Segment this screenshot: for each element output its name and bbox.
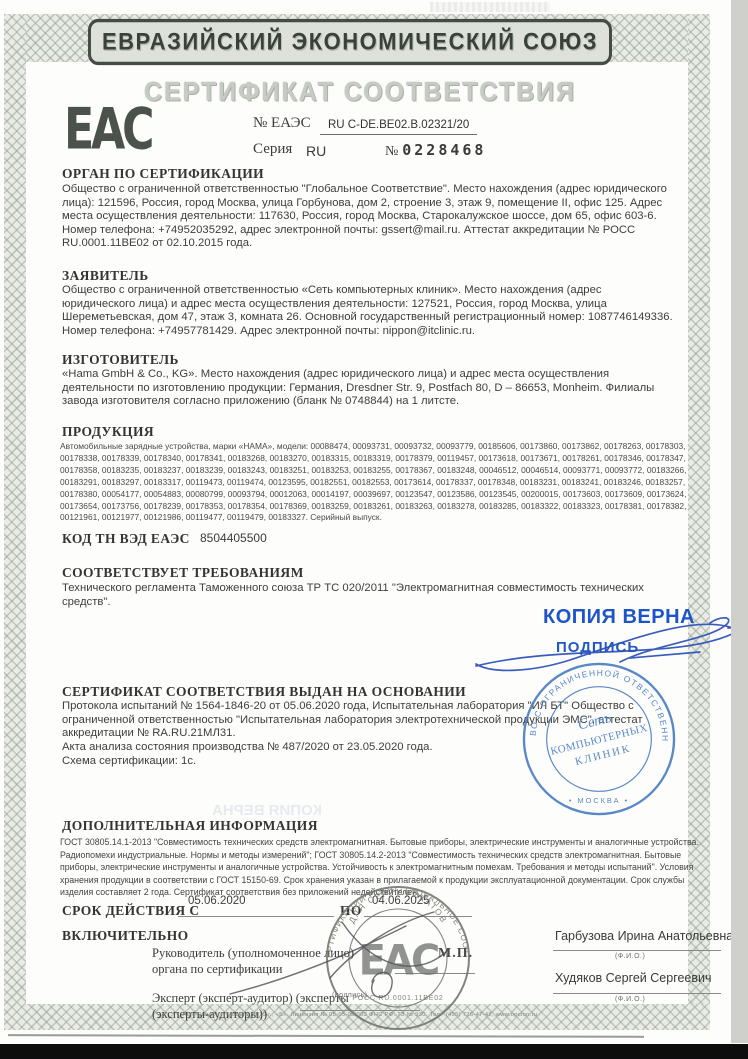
cert-number-label: № ЕАЭС — [253, 115, 311, 132]
section-manufacturer-text: «Hama GmbH & Co., KG». Место нахождения … — [62, 368, 676, 409]
head-name-line — [553, 950, 721, 951]
certifier-stamp-inner-top: ДЛЯ СЕРТИФИКАТОВ — [347, 887, 450, 925]
certificate-scan: ЕВРАЗИЙСКИЙ ЭКОНОМИЧЕСКИЙ СОЮЗ СЕРТИФИКА… — [0, 0, 748, 1059]
applicant-stamp-script: Сеть — [576, 710, 613, 734]
serial-prefix: № — [385, 144, 398, 159]
scan-artifact-line — [8, 1034, 644, 1038]
expert-name-line — [553, 993, 721, 994]
head-fio-caption: (Ф.И.О.) — [615, 953, 645, 960]
section-products-text: Автомобильные зарядные устройства, марки… — [60, 441, 704, 524]
section-compliance-heading: СООТВЕТСТВУЕТ ТРЕБОВАНИЯМ — [62, 565, 304, 581]
section-applicant-text: Общество с ограниченной ответственностью… — [62, 284, 676, 338]
section-manufacturer-heading: ИЗГОТОВИТЕЛЬ — [62, 352, 179, 368]
tnved-value: 8504405500 — [200, 531, 267, 545]
expert-fio-caption: (Ф.И.О.) — [615, 996, 645, 1003]
serial-digits: 0228468 — [402, 141, 486, 159]
section-org-text: Общество с ограниченной ответственностью… — [62, 183, 676, 251]
validity-inclusive: ВКЛЮЧИТЕЛЬНО — [62, 928, 189, 944]
series-value: RU — [306, 143, 326, 159]
expert-name: Худяков Сергей Сергеевич — [555, 971, 735, 985]
doc-title: СЕРТИФИКАТ СООТВЕТСТВИЯ — [140, 77, 580, 108]
head-name: Гарбузова Ирина Анатольевна — [555, 929, 735, 943]
union-title-banner: ЕВРАЗИЙСКИЙ ЭКОНОМИЧЕСКИЙ СОЮЗ — [88, 19, 612, 65]
frame-border-left — [4, 14, 26, 1030]
validity-from-label: СРОК ДЕЙСТВИЯ С — [62, 903, 200, 919]
serial-number: № 0228468 — [385, 141, 486, 160]
section-basis-heading: СЕРТИФИКАТ СООТВЕТСТВИЯ ВЫДАН НА ОСНОВАН… — [62, 684, 466, 700]
cert-number-value: RU C-DE.BE02.B.02321/20 — [320, 119, 477, 135]
blue-signature-scribble — [470, 600, 748, 710]
sign-caption: (подпись) — [332, 992, 368, 999]
scan-bottom-bar — [0, 1044, 748, 1059]
printer-fineprint: АО «Опцион». Москва, 2019 г., «Б». Лицен… — [170, 1012, 550, 1018]
scan-smudge — [430, 2, 550, 12]
section-applicant-heading: ЗАЯВИТЕЛЬ — [62, 268, 149, 284]
section-org-heading: ОРГАН ПО СЕРТИФИКАЦИИ — [62, 166, 264, 182]
scan-edge-right — [731, 0, 748, 1043]
eac-logo: ЕАС — [64, 96, 151, 162]
section-products-heading: ПРОДУКЦИЯ — [62, 424, 154, 440]
section-additional-heading: ДОПОЛНИТЕЛЬНАЯ ИНФОРМАЦИЯ — [62, 818, 318, 834]
validity-from-line — [178, 916, 334, 917]
validity-from-date: 05.06.2020 — [188, 895, 246, 907]
applicant-stamp-bottom-text: • МОСКВА • — [569, 796, 629, 805]
series-label: Серия — [253, 141, 292, 158]
svg-text:ДЛЯ СЕРТИФИКАТОВ: ДЛЯ СЕРТИФИКАТОВ — [347, 887, 450, 925]
tnved-heading: КОД ТН ВЭД ЕАЭС — [62, 531, 190, 547]
bleed-through-text: КОПИЯ ВЕРНА — [212, 802, 322, 819]
mp-label: М.П. — [438, 946, 473, 962]
